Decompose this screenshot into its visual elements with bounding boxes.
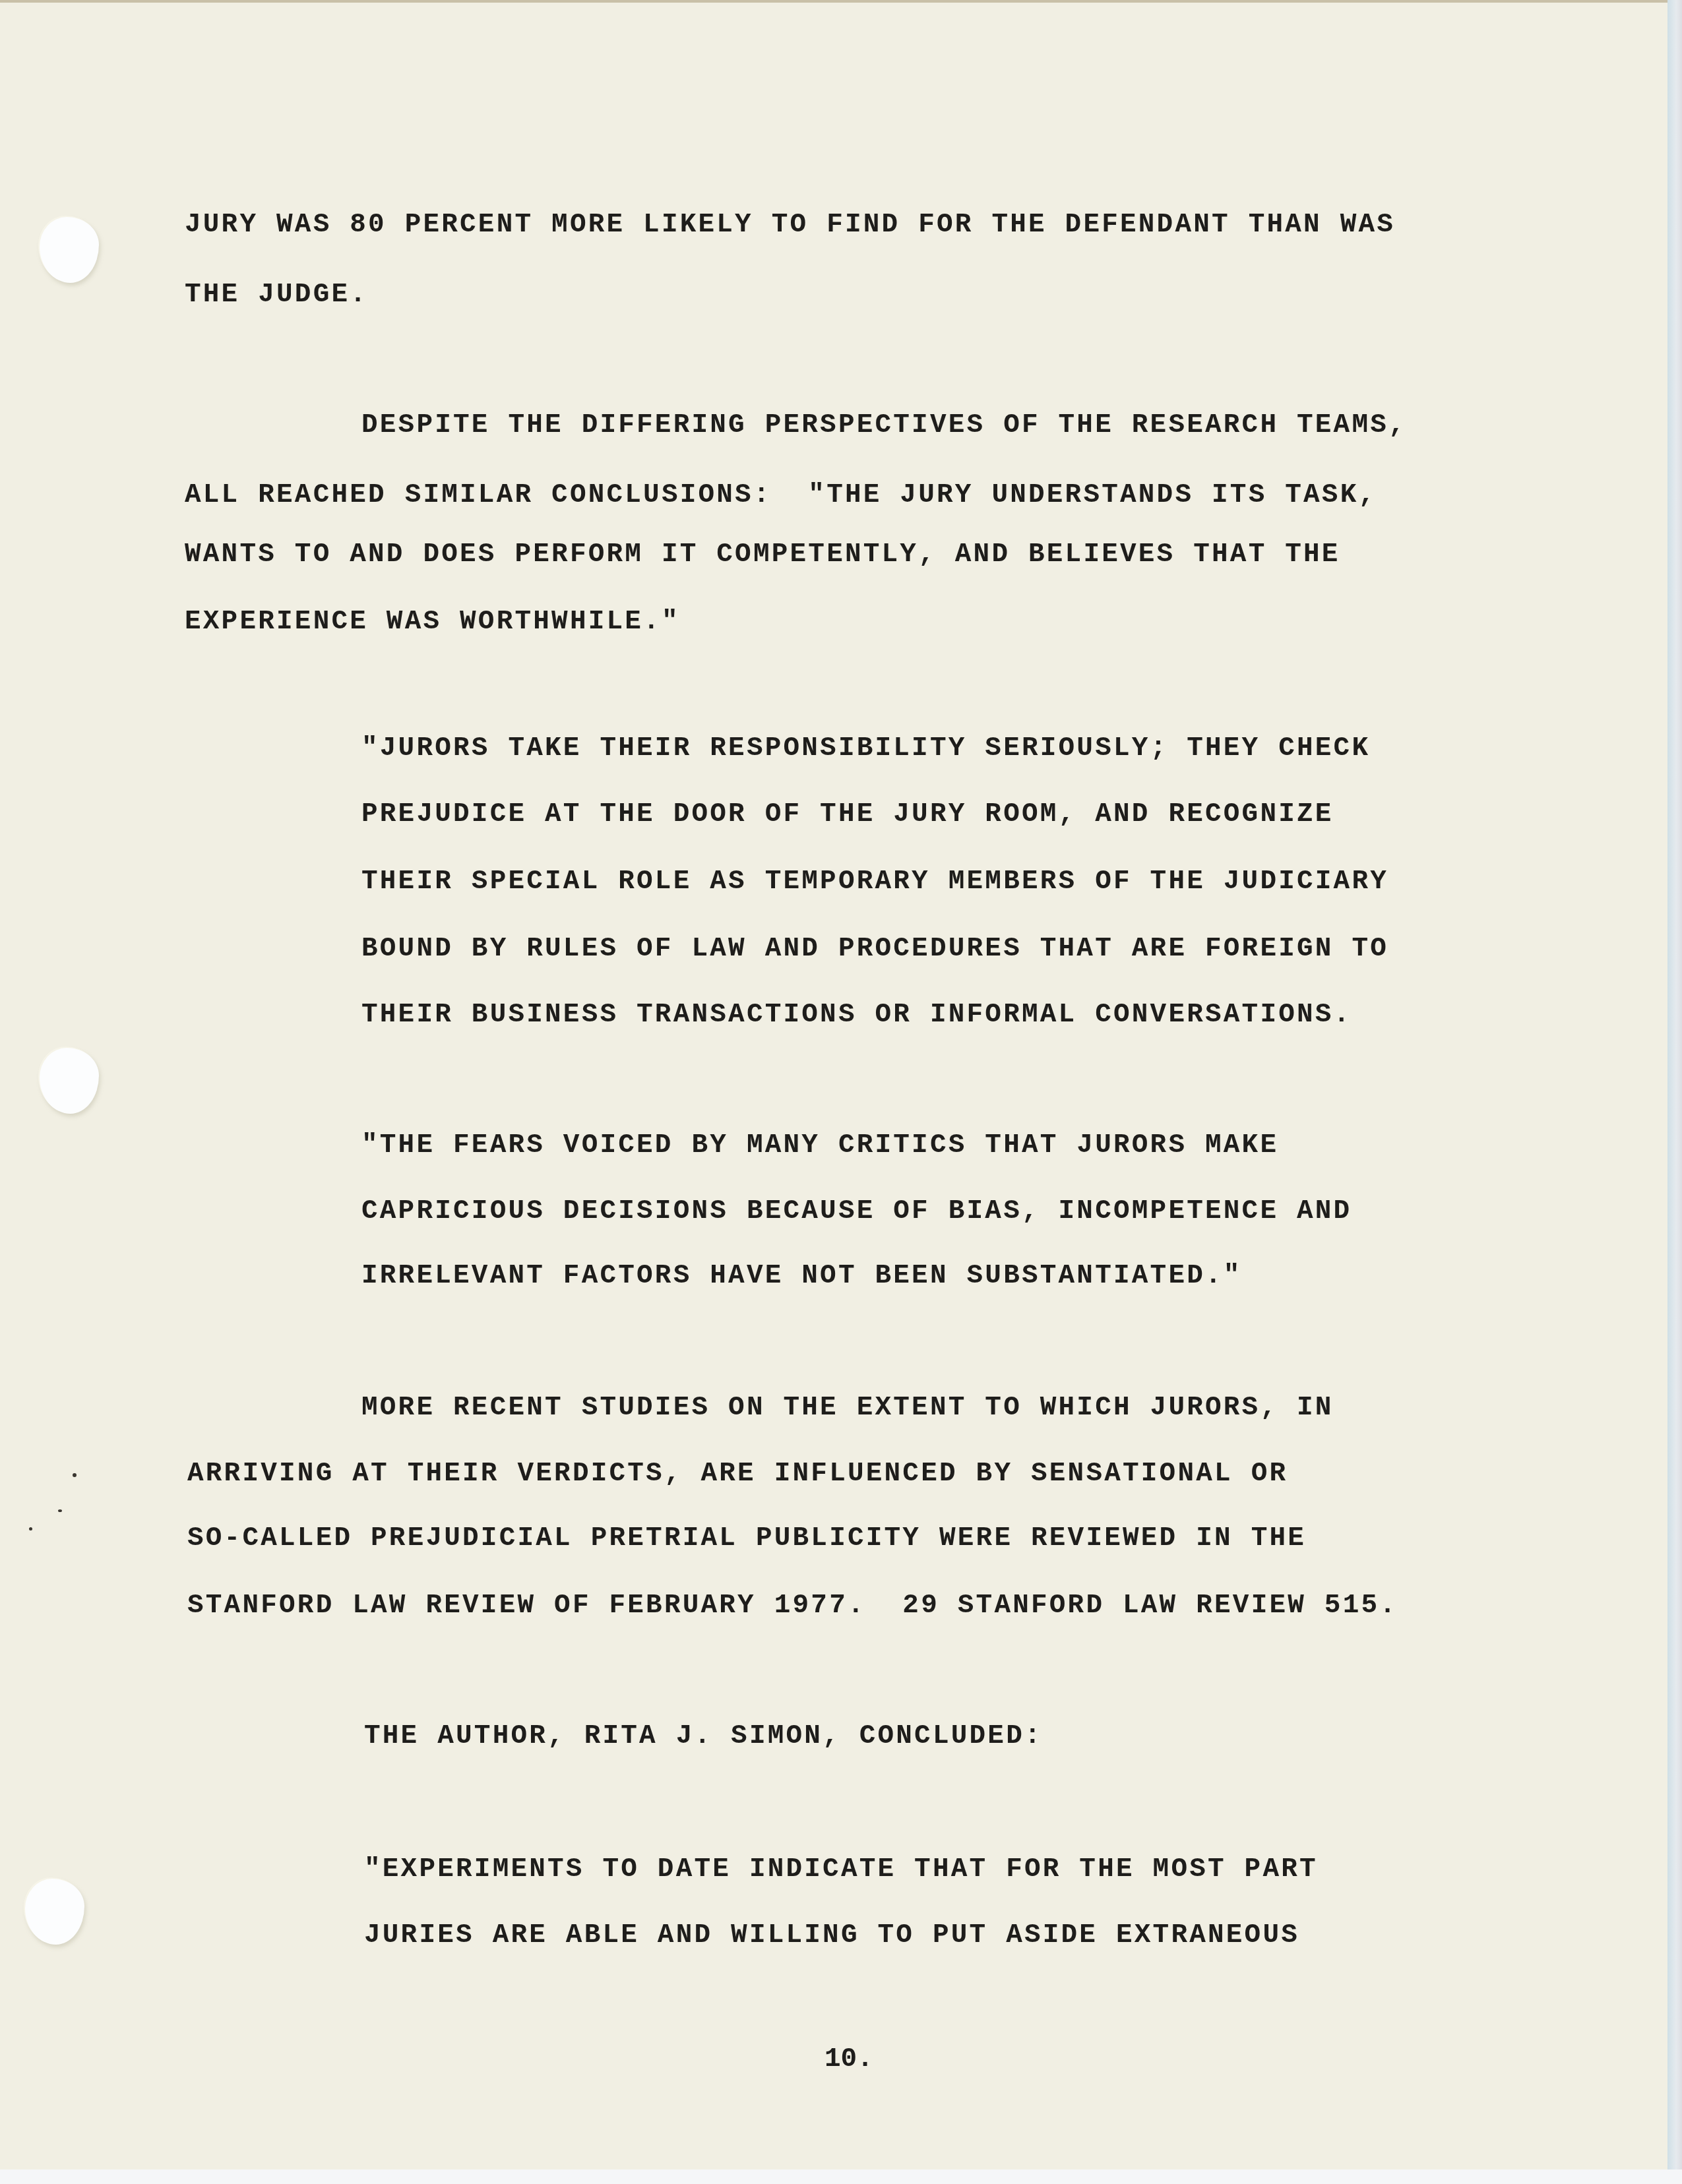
block-quote-line: CAPRICIOUS DECISIONS BECAUSE OF BIAS, IN… [361,1195,1352,1228]
paper-speck [29,1527,32,1531]
text-line: THE JUDGE. [185,278,368,311]
text-line: SO-CALLED PREJUDICIAL PRETRIAL PUBLICITY… [187,1522,1306,1555]
block-quote-line: "EXPERIMENTS TO DATE INDICATE THAT FOR T… [364,1853,1318,1886]
block-quote-line: BOUND BY RULES OF LAW AND PROCEDURES THA… [361,932,1388,965]
text-line: THE AUTHOR, RITA J. SIMON, CONCLUDED: [364,1720,1043,1753]
punch-hole [40,217,99,283]
punch-hole [25,1879,84,1945]
text-line: ARRIVING AT THEIR VERDICTS, ARE INFLUENC… [187,1457,1288,1490]
block-quote-line: IRRELEVANT FACTORS HAVE NOT BEEN SUBSTAN… [361,1259,1242,1292]
scan-edge-right [1667,0,1682,2184]
text-line: WANTS TO AND DOES PERFORM IT COMPETENTLY… [185,538,1340,571]
page-number: 10. [825,2043,873,2076]
punch-hole [40,1048,99,1114]
block-quote-line: PREJUDICE AT THE DOOR OF THE JURY ROOM, … [361,798,1334,831]
text-line: MORE RECENT STUDIES ON THE EXTENT TO WHI… [361,1391,1334,1424]
block-quote-line: "THE FEARS VOICED BY MANY CRITICS THAT J… [361,1129,1278,1162]
text-line: DESPITE THE DIFFERING PERSPECTIVES OF TH… [361,409,1407,442]
paper-speck [73,1473,77,1477]
block-quote-line: THEIR SPECIAL ROLE AS TEMPORARY MEMBERS … [361,865,1388,898]
text-line: EXPERIENCE WAS WORTHWHILE." [185,605,680,638]
block-quote-line: "JURORS TAKE THEIR RESPONSIBILITY SERIOU… [361,732,1370,765]
block-quote-line: JURIES ARE ABLE AND WILLING TO PUT ASIDE… [364,1919,1299,1952]
scan-edge-bottom [0,2169,1682,2184]
paper-speck [58,1509,62,1512]
text-line: STANFORD LAW REVIEW OF FEBRUARY 1977. 29… [187,1589,1398,1622]
text-line: JURY WAS 80 PERCENT MORE LIKELY TO FIND … [185,208,1395,241]
document-page: JURY WAS 80 PERCENT MORE LIKELY TO FIND … [0,0,1667,2169]
block-quote-line: THEIR BUSINESS TRANSACTIONS OR INFORMAL … [361,998,1352,1031]
text-line: ALL REACHED SIMILAR CONCLUSIONS: "THE JU… [185,479,1377,512]
